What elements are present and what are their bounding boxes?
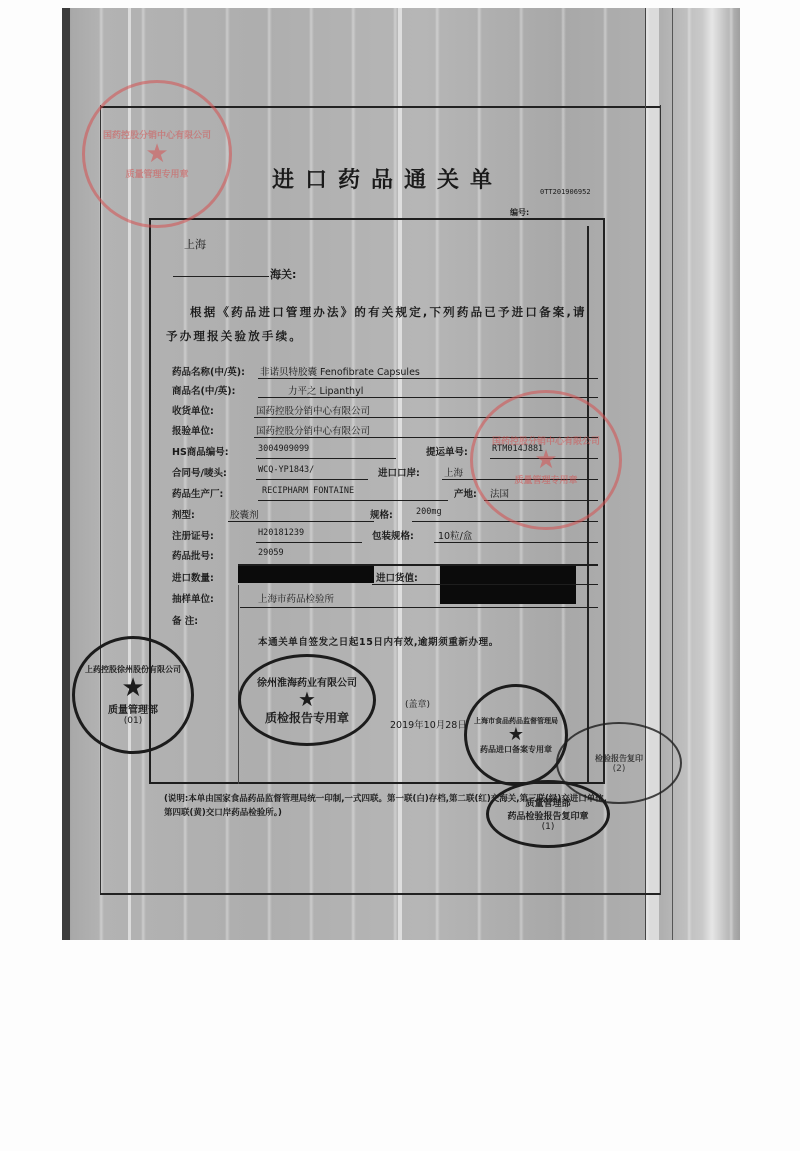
field-label: 规格: [370, 507, 393, 521]
outer-frame-bottom [100, 893, 660, 895]
document-number: 0TT201906952 [540, 188, 591, 196]
addressee-blank-line [173, 276, 269, 277]
red-company-stamp-2: 国药控股分销中心有限公司 ★ 质量管理专用章 [470, 390, 622, 530]
underline [256, 458, 396, 459]
star-icon: ★ [534, 447, 557, 473]
stamp-text: (2) [613, 764, 626, 774]
field-label: 报验单位: [172, 423, 214, 437]
field-label: 注册证号: [172, 528, 214, 542]
field-value: 非诺贝特胶囊 Fenofibrate Capsules [260, 364, 420, 378]
field-value: WCQ-YP1843/ [258, 465, 314, 475]
underline [258, 378, 598, 379]
field-label: 药品生产厂: [172, 486, 223, 500]
field-value: 胶囊剂 [230, 507, 259, 521]
xuzhou-holding-stamp: 上药控股徐州股份有限公司 ★ 质量管理部 (01) [72, 636, 194, 754]
field-value: 200mg [416, 507, 442, 517]
huaihai-stamp: 徐州淮海药业有限公司 ★ 质检报告专用章 [238, 654, 376, 746]
field-divider [238, 585, 239, 784]
seal-label: (盖章) [405, 697, 430, 710]
redacted-import-value [440, 566, 576, 604]
field-label: 备 注: [172, 613, 198, 627]
field-label: 进口货值: [376, 570, 418, 584]
addressee-customs: 海关: [270, 266, 296, 282]
star-icon: ★ [508, 726, 524, 744]
field-label: 合同号/唛头: [172, 465, 227, 479]
stamp-text: 检验报告复印 [595, 753, 643, 764]
field-value: 力平之 Lipanthyl [288, 383, 363, 397]
star-icon: ★ [298, 689, 316, 709]
field-label: 药品批号: [172, 548, 214, 562]
field-value: 国药控股分销中心有限公司 [256, 423, 370, 437]
stamp-text: 质量管理专用章 [514, 473, 577, 486]
field-value: 3004909099 [258, 444, 309, 454]
document-title: 进口药品通关单 [272, 163, 503, 194]
underline [256, 542, 362, 543]
field-label: 药品名称(中/英): [172, 364, 245, 378]
stamp-text: 质量管理部 [525, 796, 570, 809]
field-label: HS商品编号: [172, 444, 229, 458]
stamp-text: 药品检验报告复印章 [507, 809, 588, 822]
field-value: H20181239 [258, 528, 304, 538]
underline [372, 584, 598, 585]
redacted-import-quantity [238, 566, 374, 583]
underline [256, 479, 368, 480]
stamp-text: 质检报告专用章 [265, 709, 349, 726]
field-label: 商品名(中/英): [172, 383, 235, 397]
addressee-city: 上海 [184, 236, 206, 252]
field-value: 上海 [444, 465, 463, 479]
scan-edge-shadow [62, 8, 70, 940]
scan-streak [645, 8, 659, 940]
stamp-text: 质量管理部 [108, 701, 158, 716]
field-value: 10粒/盒 [438, 528, 472, 542]
number-label: 编号: [510, 207, 529, 218]
field-label: 包装规格: [372, 528, 414, 542]
star-icon: ★ [121, 675, 144, 701]
field-value: RECIPHARM FONTAINE [262, 486, 354, 496]
field-label: 进口口岸: [378, 465, 420, 479]
underline [228, 521, 374, 522]
outer-frame-left [100, 105, 101, 895]
shanghai-fda-stamp: 上海市食品药品监督管理局 ★ 药品进口备案专用章 [464, 684, 568, 786]
issue-date: 2019年10月28日 [390, 717, 467, 731]
stamp-text: (01) [124, 716, 142, 726]
stamp-text: 药品进口备案专用章 [480, 744, 552, 755]
validity-notice: 本通关单自签发之日起15日内有效,逾期须重新办理。 [258, 634, 499, 648]
field-label: 剂型: [172, 507, 195, 521]
field-value: 上海市药品检验所 [258, 591, 334, 605]
red-company-stamp: 国药控股分销中心有限公司 ★ 质量管理专用章 [82, 80, 232, 228]
underline [240, 607, 598, 608]
field-value: 29059 [258, 548, 284, 558]
underline [258, 500, 448, 501]
underline [434, 542, 598, 543]
field-label: 提运单号: [426, 444, 468, 458]
field-value: 国药控股分销中心有限公司 [256, 403, 370, 417]
field-label: 抽样单位: [172, 591, 214, 605]
field-label: 进口数量: [172, 570, 214, 584]
scan-line [672, 8, 673, 940]
stamp-text: 质量管理专用章 [125, 167, 188, 180]
field-label: 产地: [454, 486, 477, 500]
stamp-text: (1) [542, 822, 555, 832]
field-label: 收货单位: [172, 403, 214, 417]
intro-paragraph: 根据《药品进口管理办法》的有关规定,下列药品已予进口备案,请予办理报关验放手续。 [166, 300, 596, 348]
report-copy-stamp: 检验报告复印 (2) [556, 722, 682, 804]
star-icon: ★ [145, 141, 168, 167]
